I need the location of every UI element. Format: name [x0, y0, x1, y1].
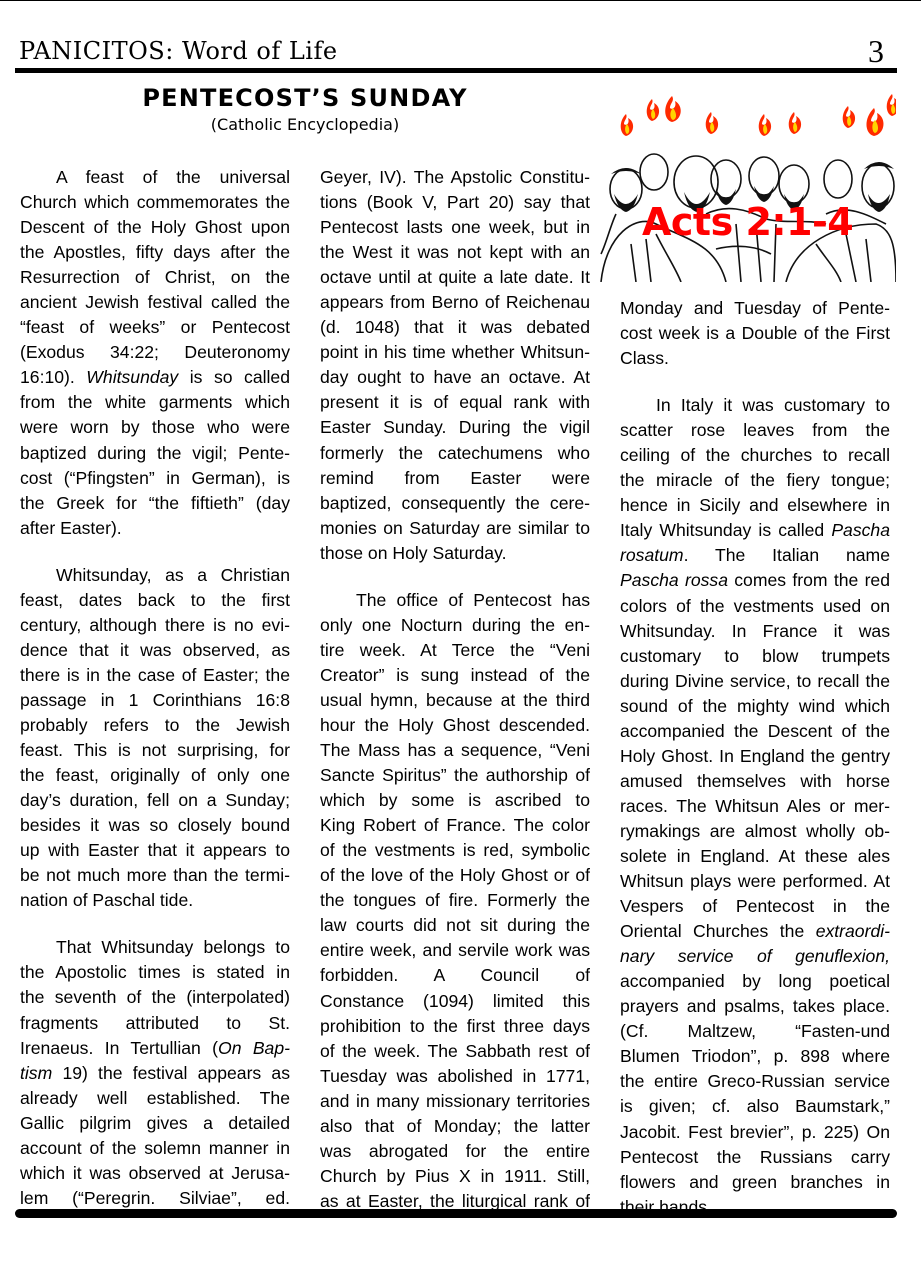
italic-term: rosatum [620, 545, 684, 565]
text-line: Pentecost the Russians carry [620, 1145, 890, 1170]
text-line: solete in England. At these ales [620, 844, 890, 869]
text-line: besides it was so closely bound [20, 813, 290, 838]
text-line: tire week. At Terce the “Veni [320, 638, 590, 663]
text-line: which by some is ascribed to [320, 788, 590, 813]
text-line: Pascha rossa comes from the red [620, 568, 890, 593]
italic-term: Whitsunday [86, 367, 178, 387]
text-line: during Divine service, to recall the [620, 669, 890, 694]
text-line: is given; cf. also Baumstark,” [620, 1094, 890, 1119]
text-line: the Greek for “the fiftieth” (day [20, 491, 290, 516]
header-rule [15, 68, 897, 73]
text-line: fragments attributed to St. [20, 1011, 290, 1036]
text-line: accompanied by long poetical [620, 969, 890, 994]
text-line: the feast, originally of only one [20, 763, 290, 788]
text-line: 16:10). Whitsunday is so called [20, 365, 290, 390]
text-line: were worn by those who were [20, 415, 290, 440]
text-line: forbidden. A Council of [320, 963, 590, 988]
text-line: be not much more than the termi- [20, 863, 290, 888]
text-line: those on Holy Saturday. [320, 541, 590, 566]
text-line: the miracle of the fiery tongue; [620, 468, 890, 493]
text-line: scatter rose leaves from the [620, 418, 890, 443]
text-line: day’s duration, fell on a Sunday; [20, 788, 290, 813]
text-line: passage in 1 Corinthians 16:8 [20, 688, 290, 713]
text-line: Whitsunday, as a Christian [20, 563, 290, 588]
top-border-line [0, 0, 921, 1]
text-line: point in his time whether Whitsun- [320, 340, 590, 365]
text-line: probably refers to the Jewish [20, 713, 290, 738]
text-line: there is in the case of Easter; the [20, 663, 290, 688]
text-line: ceiling of the churches to recall [620, 443, 890, 468]
paragraph-customs: In Italy it was customary to scatter ros… [620, 393, 890, 1220]
text-line: Pentecost lasts one week, but in [320, 215, 590, 240]
article-source: (Catholic Encyclopedia) [100, 115, 510, 135]
italic-term: Pascha [831, 520, 890, 540]
italic-term: extraordi- [816, 921, 890, 941]
text-line: rosatum. The Italian name [620, 543, 890, 568]
text-line: of the love of the Holy Ghost or of [320, 863, 590, 888]
text-line: and in many missionary territories [320, 1089, 590, 1114]
text-line: (Exodus 34:22; Deuteronomy [20, 340, 290, 365]
paragraph-2: Whitsunday, as a Christian feast, dates … [20, 563, 290, 914]
text-line: also that of Monday; the latter [320, 1114, 590, 1139]
text-line: The Mass has a sequence, “Veni [320, 738, 590, 763]
apostles-drawing-icon [596, 74, 896, 282]
text-line: baptized, consequently the cere- [320, 491, 590, 516]
page-number: 3 [868, 33, 884, 69]
italic-term: On Bap- [218, 1038, 290, 1058]
text-line: In Italy it was customary to [620, 393, 890, 418]
text-line: monies on Saturday are similar to [320, 516, 590, 541]
text-line: the tongues of fire. Formerly the [320, 888, 590, 913]
text-line: Whitsunday. In France it was [620, 619, 890, 644]
text-line: formerly the catechumens who [320, 441, 590, 466]
text-line: flowers and green branches in [620, 1170, 890, 1195]
text-line: King Robert of France. The color [320, 813, 590, 838]
text-line: nary service of genuflexion, [620, 944, 890, 969]
text-line: of the week. The Sabbath rest of [320, 1039, 590, 1064]
text-line: the West it was not kept with an [320, 240, 590, 265]
text-line: (Cf. Maltzew, “Fasten-und [620, 1019, 890, 1044]
text-line: hence in Sicily and elsewhere in [620, 493, 890, 518]
text-line: lem (“Peregrin. Silviae”, ed. [20, 1186, 290, 1211]
italic-term: tism [20, 1063, 52, 1083]
text-line: prohibition to the first three days [320, 1014, 590, 1039]
text-line: Creator” is sung instead of the [320, 663, 590, 688]
text-line: nation of Paschal tide. [20, 888, 290, 913]
paragraph-3: That Whitsunday belongs to the Apostolic… [20, 935, 290, 1211]
article-title: PENTECOST’S SUNDAY [100, 83, 510, 113]
text-line: Easter Sunday. During the vigil [320, 415, 590, 440]
text-line: feast. This is not surprising, for [20, 738, 290, 763]
text-line: Sancte Spiritus” the authorship of [320, 763, 590, 788]
text-line: A feast of the universal [20, 165, 290, 190]
text-line: the seventh of the (interpolated) [20, 985, 290, 1010]
paragraph-continued: Geyer, IV). The Apstolic Constitu- tions… [320, 165, 590, 566]
text-line: Church which commemorates the [20, 190, 290, 215]
italic-term: Pascha rossa [620, 570, 728, 590]
text-line: hour the Holy Ghost descended. [320, 713, 590, 738]
text-line: entire week, and servile work was [320, 938, 590, 963]
text-line: only one Nocturn during the en- [320, 613, 590, 638]
text-line: Descent of the Holy Ghost upon [20, 215, 290, 240]
article-column-3: Monday and Tuesday of Pente- cost week i… [620, 296, 890, 1220]
text-line: account of the solemn manner in [20, 1136, 290, 1161]
italic-term: nary service of genuflexion, [620, 946, 890, 966]
text-line: amused themselves with horse [620, 769, 890, 794]
text-line: of the vestments is red, symbolic [320, 838, 590, 863]
text-line: the entire Greco-Russian service [620, 1069, 890, 1094]
text-line: century, although there is no evi- [20, 613, 290, 638]
text-line: after Easter). [20, 516, 290, 541]
text-line: Holy Ghost. In England the gentry [620, 744, 890, 769]
paragraph-continued: Monday and Tuesday of Pente- cost week i… [620, 296, 890, 371]
text-line: feast, dates back to the first [20, 588, 290, 613]
text-line: That Whitsunday belongs to [20, 935, 290, 960]
text-line: Irenaeus. In Tertullian (On Bap- [20, 1036, 290, 1061]
text-line: usual hymn, because at the third [320, 688, 590, 713]
article-column-1: A feast of the universal Church which co… [20, 165, 290, 1211]
text-line: remind from Easter were [320, 466, 590, 491]
text-line: Church by Pius X in 1911. Still, [320, 1164, 590, 1189]
article-column-2: Geyer, IV). The Apstolic Constitu- tions… [320, 165, 590, 1214]
text-line: Constance (1094) limited this [320, 989, 590, 1014]
text-line: Blumen Triodon”, p. 898 where [620, 1044, 890, 1069]
paragraph-1: A feast of the universal Church which co… [20, 165, 290, 541]
text-line: “feast of weeks” or Pentecost [20, 315, 290, 340]
text-line: Oriental Churches the extraordi- [620, 919, 890, 944]
text-line: tions (Book V, Part 20) say that [320, 190, 590, 215]
text-line: rymakings are almost wholly ob- [620, 819, 890, 844]
text-line: colors of the vestments used on [620, 594, 890, 619]
text-line: law courts did not sit during the [320, 913, 590, 938]
pentecost-illustration: Acts 2:1-4 [596, 74, 896, 282]
text-line: baptized during the vigil; Pente- [20, 441, 290, 466]
newsletter-masthead: PANICITOS: Word of Life [19, 36, 338, 66]
text-line: Whitsun plays were performed. At [620, 869, 890, 894]
paragraph-office: The office of Pentecost has only one Noc… [320, 588, 590, 1214]
text-line: the Apostolic times is stated in [20, 960, 290, 985]
text-line: which it was observed at Jerusa- [20, 1161, 290, 1186]
text-line: prayers and psalms, takes place. [620, 994, 890, 1019]
text-line: (d. 1048) that it was debated [320, 315, 590, 340]
text-line: Resurrection of Christ, on the [20, 265, 290, 290]
text-line: The office of Pentecost has [320, 588, 590, 613]
text-line: ancient Jewish festival called the [20, 290, 290, 315]
text-line: day ought to have an octave. At [320, 365, 590, 390]
text-line: races. The Whitsun Ales or mer- [620, 794, 890, 819]
text-line: Jacobit. Fest brevier”, p. 225) On [620, 1120, 890, 1145]
text-line: accompanied the Descent of the [620, 719, 890, 744]
text-line: Italy Whitsunday is called Pascha [620, 518, 890, 543]
text-line: Class. [620, 346, 890, 371]
text-line: cost (“Pfingsten” in German), is [20, 466, 290, 491]
text-line: the Apostles, fifty days after the [20, 240, 290, 265]
text-line: customary to blow trumpets [620, 644, 890, 669]
text-line: dence that it was observed, as [20, 638, 290, 663]
text-line: tism 19) the festival appears as [20, 1061, 290, 1086]
text-line: sound of the mighty wind which [620, 694, 890, 719]
text-line: Gallic pilgrim gives a detailed [20, 1111, 290, 1136]
text-line: present it is of equal rank with [320, 390, 590, 415]
text-line: from the white garments which [20, 390, 290, 415]
text-line: Tuesday was abolished in 1771, [320, 1064, 590, 1089]
text-line: up with Easter that it appears to [20, 838, 290, 863]
text-line: appears from Berno of Reichenau [320, 290, 590, 315]
text-line: Monday and Tuesday of Pente- [620, 296, 890, 321]
text-line: was abrogated for the entire [320, 1139, 590, 1164]
scripture-reference-caption: Acts 2:1-4 [642, 202, 853, 242]
text-line: already well established. The [20, 1086, 290, 1111]
text-line: Vespers of Pentecost in the [620, 894, 890, 919]
text-line: octave until at quite a late date. It [320, 265, 590, 290]
text-line: cost week is a Double of the First [620, 321, 890, 346]
footer-rule [15, 1209, 897, 1218]
text-line: Geyer, IV). The Apstolic Constitu- [320, 165, 590, 190]
